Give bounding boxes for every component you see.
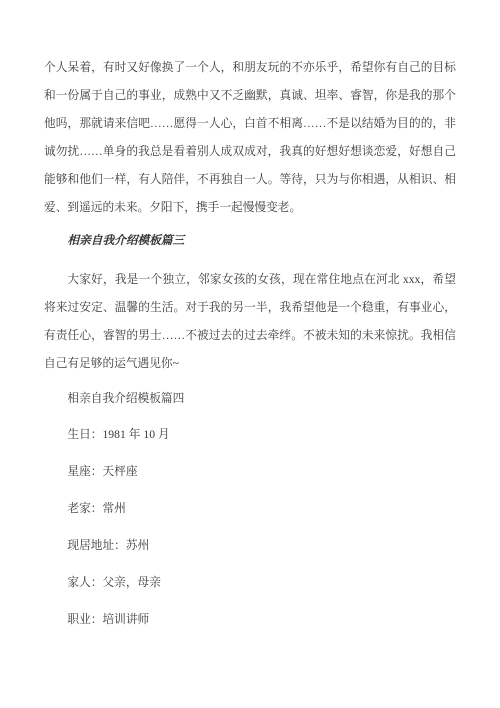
profile-line-occupation: 职业：培训讲师 [44, 606, 456, 634]
profile-line-current-address: 现居地址：苏州 [44, 532, 456, 560]
document-page: 个人呆着，有时又好像换了一个人，和朋友玩的不亦乐乎，希望你有自己的目标和一份属于… [0, 0, 500, 708]
paragraph-continued: 个人呆着，有时又好像换了一个人，和朋友玩的不亦乐乎，希望你有自己的目标和一份属于… [44, 54, 456, 222]
profile-line-zodiac: 星座：天枰座 [44, 458, 456, 486]
section-three-heading: 相亲自我介绍模板篇三 [44, 227, 456, 255]
profile-line-hometown: 老家：常州 [44, 495, 456, 523]
section-four-heading: 相亲自我介绍模板篇四 [44, 385, 456, 413]
profile-line-birthday: 生日：1981 年 10 月 [44, 421, 456, 449]
profile-line-family: 家人：父亲，母亲 [44, 569, 456, 597]
section-three-paragraph: 大家好，我是一个独立，邻家女孩的女孩，现在常住地点在河北 xxx，希望将来过安定… [44, 266, 456, 378]
